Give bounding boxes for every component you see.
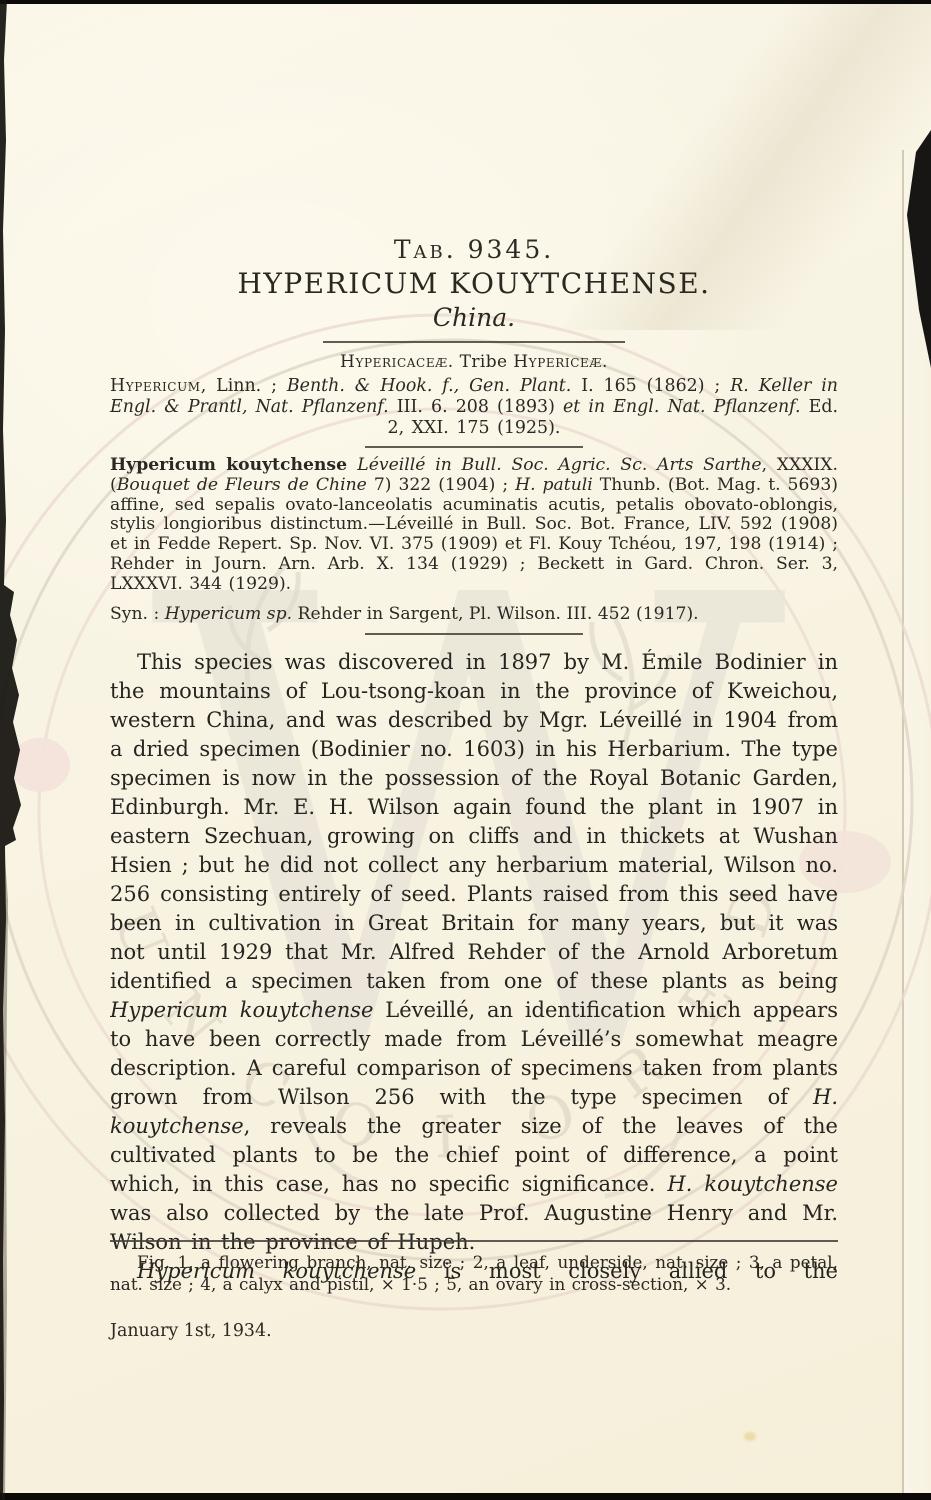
family-tribe-line: Hypericaceæ. Tribe Hypericeæ. (110, 352, 838, 372)
divider-rule (365, 633, 583, 635)
body-text: This species was discovered in 1897 by M… (110, 648, 838, 1284)
figure-caption: Fig. 1, a flowering branch, nat. size ; … (110, 1252, 838, 1295)
scan-edge-top (0, 0, 931, 4)
scan-edge-left (0, 0, 26, 1500)
body-paragraph-1: This species was discovered in 1897 by M… (110, 648, 838, 1257)
country-subtitle: China. (110, 302, 838, 333)
divider-rule (323, 341, 625, 343)
imprint-date: January 1st, 1934. (110, 1321, 838, 1341)
species-title: HYPERICUM KOUYTCHENSE. (110, 267, 838, 301)
footer-block: Fig. 1, a flowering branch, nat. size ; … (110, 1240, 838, 1341)
scan-edge-top-right (901, 0, 931, 380)
scanned-page: W UNCOLORED Tab. 9345. HYPERICUM KOUYTCH… (0, 0, 931, 1500)
foxing-spot (744, 1432, 756, 1441)
plate-number: Tab. 9345. (110, 236, 838, 264)
species-protologue: Hypericum kouytchense Léveillé in Bull. … (110, 456, 838, 595)
synonym-line: Syn. : Hypericum sp. Rehder in Sargent, … (110, 604, 838, 624)
scan-edge-bottom (0, 1493, 931, 1500)
divider-rule (365, 446, 583, 448)
genus-citation: Hypericum, Linn. ; Benth. & Hook. f., Ge… (110, 376, 838, 439)
printed-text-block: Tab. 9345. HYPERICUM KOUYTCHENSE. China.… (110, 236, 838, 1284)
footnote-rule (110, 1240, 838, 1242)
